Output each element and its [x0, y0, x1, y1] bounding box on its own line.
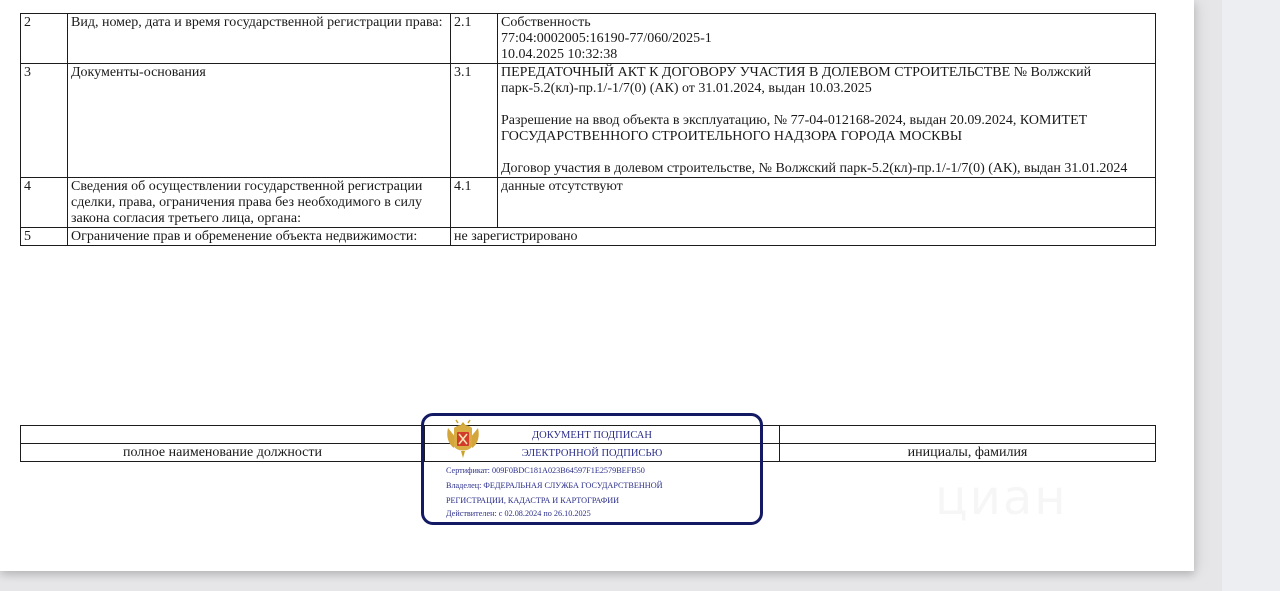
table-row: 5 Ограничение прав и обременение объекта… — [21, 228, 1156, 246]
registration-number: 77:04:0002005:16190-77/060/2025-1 — [501, 31, 1152, 47]
row-subnumber: 4.1 — [451, 178, 498, 228]
basis-document: Разрешение на ввод объекта в эксплуатаци… — [501, 113, 1152, 145]
row-number: 5 — [21, 228, 68, 246]
position-field — [21, 426, 425, 444]
stamp-validity: Действителен: с 02.08.2024 по 26.10.2025 — [446, 509, 591, 518]
stamp-title-line2: ЭЛЕКТРОННОЙ ПОДПИСЬЮ — [424, 448, 760, 459]
stamp-owner-line1: Владелец: ФЕДЕРАЛЬНАЯ СЛУЖБА ГОСУДАРСТВЕ… — [446, 481, 663, 490]
basis-document: Договор участия в долевом строительстве,… — [501, 161, 1152, 177]
table-row: 2 Вид, номер, дата и время государственн… — [21, 14, 1156, 64]
row-value: ПЕРЕДАТОЧНЫЙ АКТ К ДОГОВОРУ УЧАСТИЯ В ДО… — [498, 64, 1156, 178]
name-field — [780, 426, 1156, 444]
row-value: Собственность 77:04:0002005:16190-77/060… — [498, 14, 1156, 64]
stamp-owner-line2: РЕГИСТРАЦИИ, КАДАСТРА И КАРТОГРАФИИ — [446, 496, 619, 505]
row-label: Документы-основания — [68, 64, 451, 178]
row-label: Сведения об осуществлении государственно… — [68, 178, 451, 228]
position-caption: полное наименование должности — [21, 444, 425, 462]
viewer-side-gutter — [1222, 0, 1280, 591]
row-number: 3 — [21, 64, 68, 178]
row-number: 4 — [21, 178, 68, 228]
stamp-certificate: Сертификат: 009F0BDC181A023B64597F1E2579… — [446, 466, 645, 475]
stamp-title-line1: ДОКУМЕНТ ПОДПИСАН — [424, 430, 760, 441]
name-caption: инициалы, фамилия — [780, 444, 1156, 462]
registration-table: 2 Вид, номер, дата и время государственн… — [20, 13, 1156, 246]
table-row: 4 Сведения об осуществлении государствен… — [21, 178, 1156, 228]
electronic-signature-stamp: ДОКУМЕНТ ПОДПИСАН ЭЛЕКТРОННОЙ ПОДПИСЬЮ С… — [421, 413, 763, 525]
document-page: 2 Вид, номер, дата и время государственн… — [0, 0, 1194, 571]
row-label: Ограничение прав и обременение объекта н… — [68, 228, 451, 246]
row-subnumber: 3.1 — [451, 64, 498, 178]
row-value: данные отсутствуют — [498, 178, 1156, 228]
row-number: 2 — [21, 14, 68, 64]
row-label: Вид, номер, дата и время государственной… — [68, 14, 451, 64]
row-subnumber: 2.1 — [451, 14, 498, 64]
table-row: 3 Документы-основания 3.1 ПЕРЕДАТОЧНЫЙ А… — [21, 64, 1156, 178]
basis-document: ПЕРЕДАТОЧНЫЙ АКТ К ДОГОВОРУ УЧАСТИЯ В ДО… — [501, 65, 1152, 97]
row-value: не зарегистрировано — [451, 228, 1156, 246]
watermark: циан — [935, 470, 1068, 526]
registration-datetime: 10.04.2025 10:32:38 — [501, 47, 1152, 63]
right-type: Собственность — [501, 15, 1152, 31]
